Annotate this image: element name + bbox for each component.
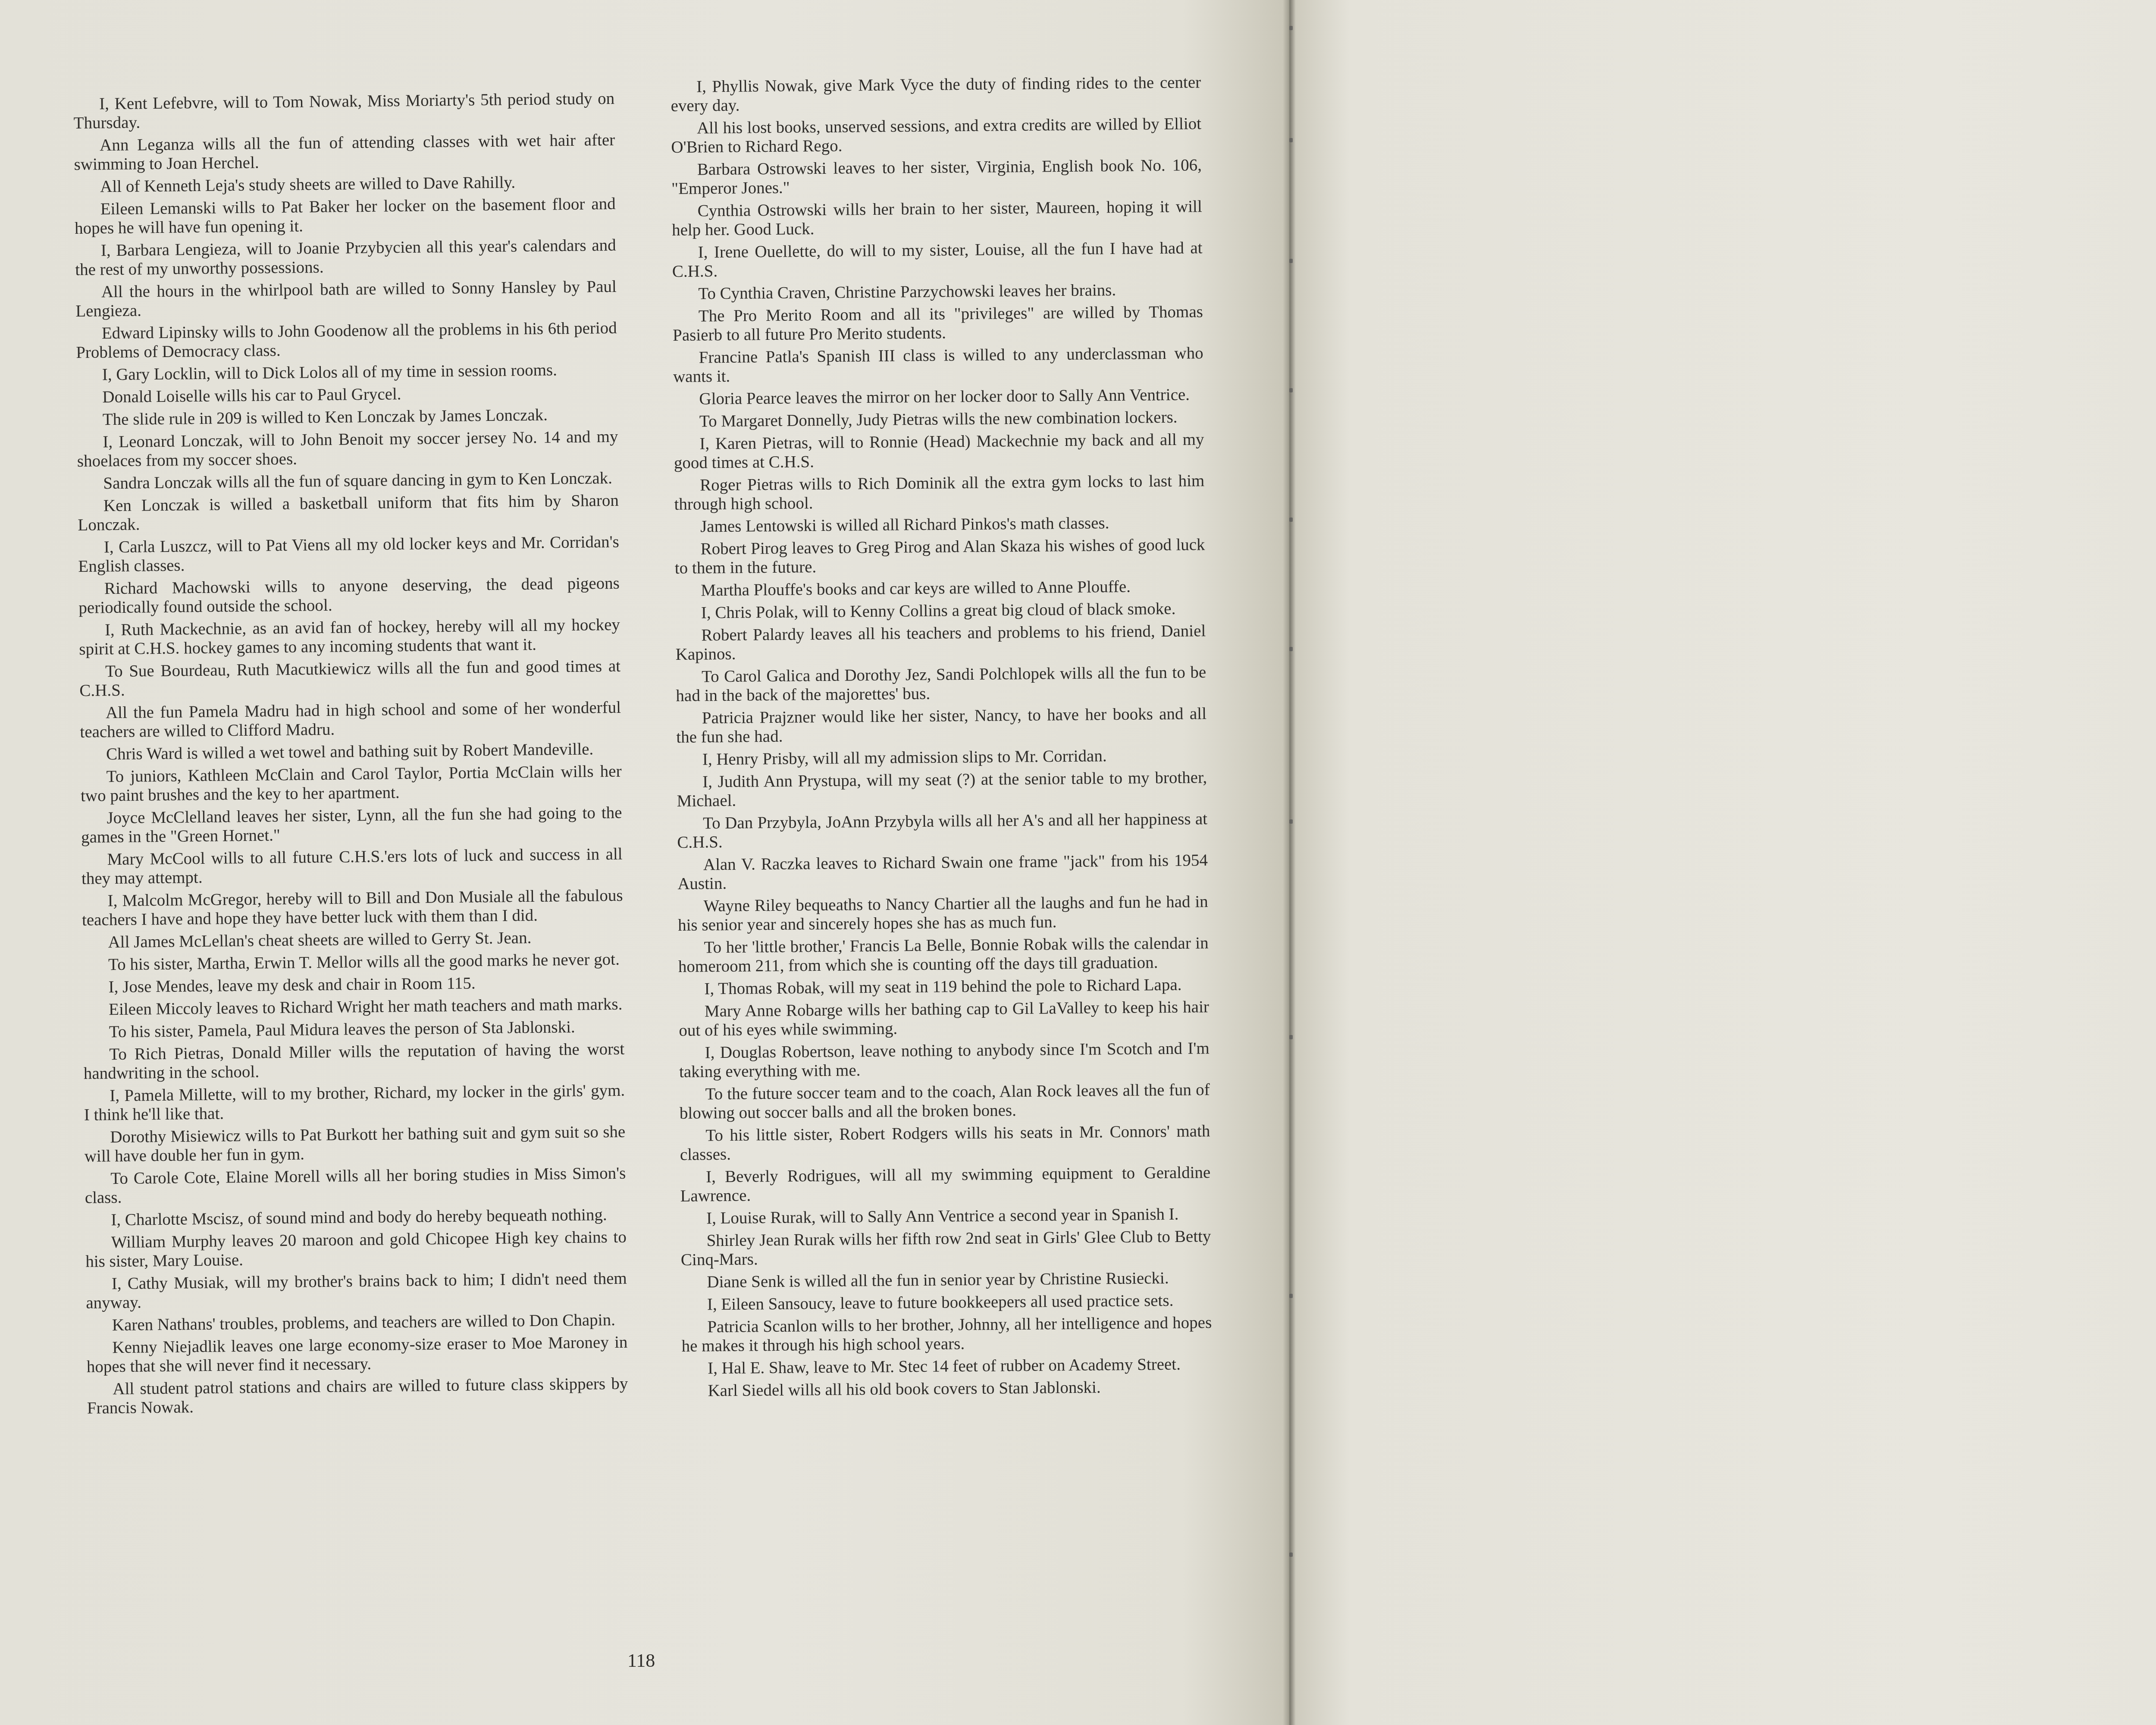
will-entry: Ken Lonczak is willed a basketball unifo… [78,491,619,535]
will-entry: All James McLellan's cheat sheets are wi… [82,928,623,952]
will-entry: To juniors, Kathleen McClain and Carol T… [80,762,622,806]
will-entry: To his little sister, Robert Rodgers wil… [680,1122,1210,1164]
will-entry: I, Chris Polak, will to Kenny Collins a … [675,599,1206,623]
will-entry: I, Judith Ann Prystupa, will my seat (?)… [677,768,1207,811]
binding-stitch-icon [1289,517,1293,522]
will-entry: To Cynthia Craven, Christine Parzychowsk… [672,280,1203,304]
will-entry: I, Irene Ouellette, do will to my sister… [672,238,1203,281]
will-entry: William Murphy leaves 20 maroon and gold… [85,1228,627,1271]
will-entry: I, Eileen Sansoucy, leave to future book… [681,1291,1212,1314]
will-entry: Donald Loiselle wills his car to Paul Gr… [76,383,617,407]
will-entry: Francine Patla's Spanish III class is wi… [673,344,1203,386]
will-entry: I, Cathy Musiak, will my brother's brain… [86,1269,627,1313]
will-entry: To Rich Pietras, Donald Miller wills the… [83,1040,625,1083]
binding-stitch-icon [1289,138,1293,142]
will-entry: Ann Leganza wills all the fun of attendi… [74,131,615,174]
will-entry: All the hours in the whirlpool bath are … [75,277,617,321]
will-entry: Patricia Prajzner would like her sister,… [676,704,1207,747]
page-118-column-2: I, Phyllis Nowak, give Mark Vyce the dut… [671,73,1213,1404]
will-entry: Karen Nathans' troubles, problems, and t… [86,1311,627,1335]
page-number-118: 118 [627,1650,655,1672]
will-entry: I, Beverly Rodrigues, will all my swimmi… [680,1163,1211,1206]
page-118-column-1: I, Kent Lefebvre, will to Tom Nowak, Mis… [73,89,628,1421]
will-entry: To his sister, Martha, Erwin T. Mellor w… [82,950,624,975]
will-entry: I, Leonard Lonczak, will to John Benoit … [77,427,618,471]
will-entry: Kenny Niejadlik leaves one large economy… [86,1333,628,1377]
will-entry: Sandra Lonczak wills all the fun of squa… [77,469,618,493]
will-entry: To Carole Cote, Elaine Morell wills all … [85,1164,626,1207]
will-entry: Diane Senk is willed all the fun in seni… [681,1268,1211,1292]
will-entry: Chris Ward is willed a wet towel and bat… [80,740,621,764]
will-entry: Edward Lipinsky wills to John Goodenow a… [76,319,617,362]
will-entry: The slide rule in 209 is willed to Ken L… [77,405,618,430]
will-entry: I, Phyllis Nowak, give Mark Vyce the dut… [671,73,1201,116]
will-entry: Roger Pietras wills to Rich Dominik all … [674,471,1205,514]
will-entry: I, Kent Lefebvre, will to Tom Nowak, Mis… [73,89,615,133]
will-entry: I, Henry Prisby, will all my admission s… [677,746,1207,769]
will-entry: To his sister, Pamela, Paul Midura leave… [83,1017,624,1042]
will-entry: Eileen Lemanski wills to Pat Baker her l… [75,194,616,238]
will-entry: To her 'little brother,' Francis La Bell… [678,934,1209,976]
will-entry: I, Hal E. Shaw, leave to Mr. Stec 14 fee… [682,1355,1212,1378]
will-entry: Patricia Scanlon wills to her brother, J… [681,1313,1212,1356]
will-entry: Alan V. Raczka leaves to Richard Swain o… [677,851,1208,894]
binding-stitch-icon [1289,1294,1293,1298]
will-entry: I, Douglas Robertson, leave nothing to a… [679,1039,1210,1082]
will-entry: Robert Pirog leaves to Greg Pirog and Al… [674,535,1205,578]
yearbook-spread: I, Kent Lefebvre, will to Tom Nowak, Mis… [0,0,2156,1725]
will-entry: To Sue Bourdeau, Ruth Macutkiewicz wills… [79,657,621,700]
binding-stitch-icon [1289,647,1293,651]
will-entry: Martha Plouffe's books and car keys are … [675,577,1205,600]
will-entry: To the future soccer team and to the coa… [679,1080,1210,1123]
page-118: I, Kent Lefebvre, will to Tom Nowak, Mis… [0,0,1285,1725]
will-entry: I, Pamela Millette, will to my brother, … [84,1081,625,1125]
binding-stitch-icon [1289,388,1293,392]
binding-stitch-icon [1289,26,1293,30]
will-entry: All of Kenneth Leja's study sheets are w… [74,172,615,197]
will-entry: Eileen Miccoly leaves to Richard Wright … [83,995,624,1019]
will-entry: I, Charlotte Mscisz, of sound mind and b… [85,1205,626,1230]
will-entry: James Lentowski is willed all Richard Pi… [674,513,1205,536]
binding-stitch-icon [1289,259,1293,263]
binding-stitch-icon [1289,819,1293,824]
will-entry: I, Ruth Mackechnie, as an avid fan of ho… [79,615,620,659]
will-entry: Shirley Jean Rurak wills her fifth row 2… [680,1227,1211,1270]
will-entry: Richard Machowski wills to anyone deserv… [78,574,620,618]
will-entry: Barbara Ostrowski leaves to her sister, … [671,156,1202,198]
will-entry: Karl Siedel wills all his old book cover… [682,1377,1212,1401]
will-entry: I, Louise Rurak, will to Sally Ann Ventr… [680,1204,1211,1228]
will-entry: Cynthia Ostrowski wills her brain to her… [672,197,1203,240]
will-entry: Mary Anne Robarge wills her bathing cap … [679,997,1210,1040]
will-entry: Joyce McClelland leaves her sister, Lynn… [81,803,622,847]
will-entry: To Dan Przybyla, JoAnn Przybyla wills al… [677,809,1208,852]
will-entry: Wayne Riley bequeaths to Nancy Chartier … [678,892,1209,935]
will-entry: I, Carla Luszcz, will to Pat Viens all m… [78,533,620,576]
page-119: Mary Ellen Skinner wills to Virginia Ski… [1285,0,2156,1725]
will-entry: I, Karen Pietras, will to Ronnie (Head) … [674,430,1204,473]
will-entry: All his lost books, unserved sessions, a… [671,114,1202,157]
will-entry: All student patrol stations and chairs a… [87,1374,628,1418]
will-entry: I, Barbara Lengieza, will to Joanie Przy… [75,236,617,279]
will-entry: Gloria Pearce leaves the mirror on her l… [673,385,1203,409]
will-entry: Dorothy Misiewicz wills to Pat Burkott h… [84,1123,626,1166]
will-entry: Robert Palardy leaves all his teachers a… [675,621,1206,664]
will-entry: I, Jose Mendes, leave my desk and chair … [82,972,624,997]
will-entry: To Carol Galica and Dorothy Jez, Sandi P… [676,663,1206,706]
will-entry: I, Thomas Robak, will my seat in 119 beh… [678,975,1209,999]
will-entry: I, Malcolm McGregor, hereby will to Bill… [81,886,623,930]
will-entry: To Margaret Donnelly, Judy Pietras wills… [674,408,1204,431]
will-entry: Mary McCool wills to all future C.H.S.'e… [81,845,623,888]
will-entry: The Pro Merito Room and all its "privile… [673,302,1203,345]
binding-stitch-icon [1289,1035,1293,1039]
binding-stitch-icon [1289,1552,1293,1557]
will-entry: All the fun Pamela Madru had in high sch… [80,698,621,742]
will-entry: I, Gary Locklin, will to Dick Lolos all … [76,360,617,385]
